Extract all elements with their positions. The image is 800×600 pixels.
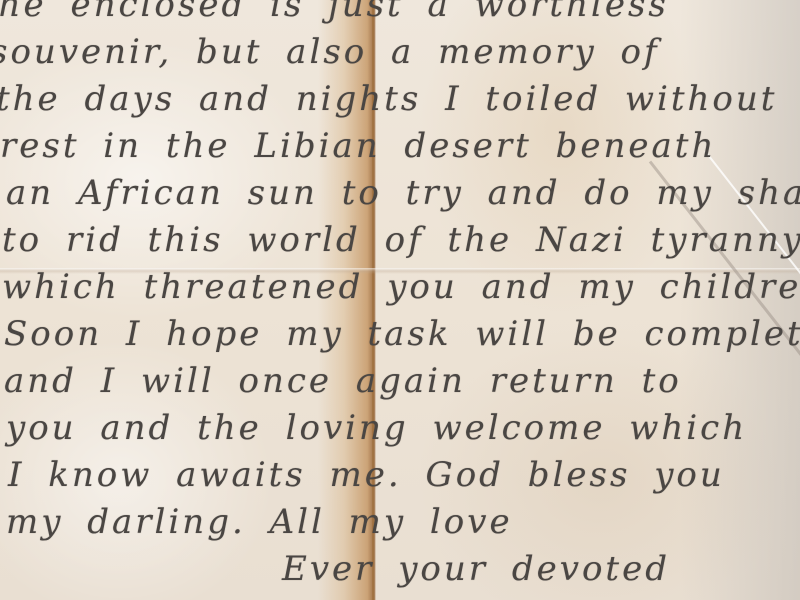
letter-line: rest in the Libian desert beneath [0,123,800,170]
letter-line: and I will once again return to [0,358,800,405]
letter-line: you and the loving welcome which [0,405,800,452]
letter-line: the enclosed is just a worthless [0,0,800,29]
letter-line: the days and nights I toiled without [0,76,800,123]
letter-line: I know awaits me. God bless you [0,452,800,499]
letter-line: to rid this world of the Nazi tyranny [0,217,800,264]
letter-line: souvenir, but also a memory of [0,29,800,76]
letter-line: which threatened you and my children. [0,264,800,311]
letter-line: my darling. All my love [0,499,800,546]
letter-signoff: Ever your devoted [0,546,800,593]
handwritten-letter: the enclosed is just a worthless souveni… [0,0,800,593]
letter-line: Soon I hope my task will be completed [0,311,800,358]
letter-line: an African sun to try and do my share [0,170,800,217]
